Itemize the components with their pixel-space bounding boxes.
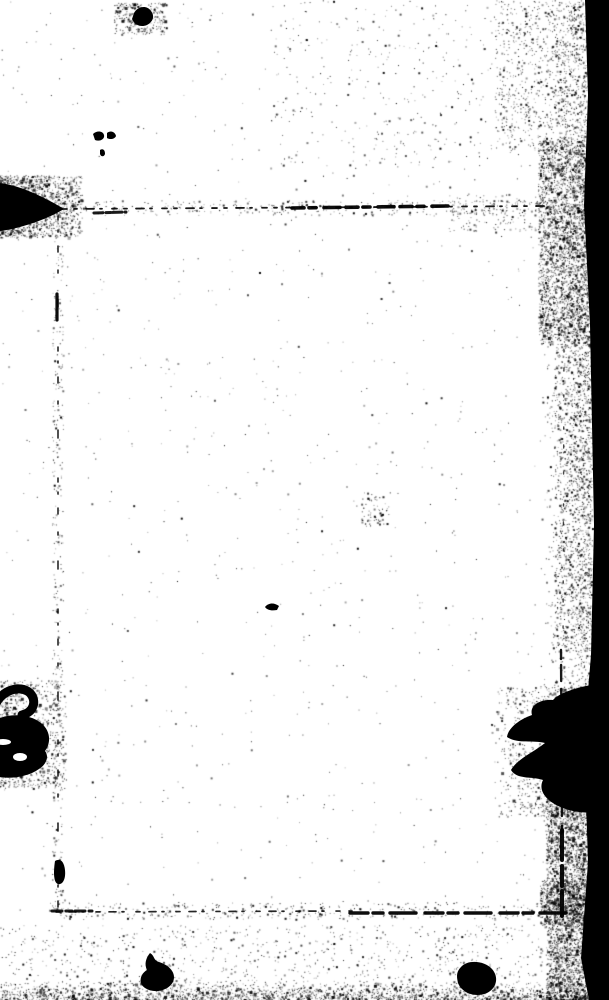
- ink-speck-small: [100, 149, 105, 156]
- ink-speck-pair-a: [93, 131, 104, 140]
- ink-speck-pair-b: [107, 132, 116, 139]
- ink-wedge-top-left: [0, 183, 64, 231]
- binding-shadow-strip: [581, 0, 609, 1000]
- ink-ring-arc-left: [0, 689, 34, 715]
- ink-ring-mass-left: [0, 715, 49, 777]
- scanned-blank-page: [0, 0, 609, 1000]
- frame-border-right-faint: [563, 350, 564, 648]
- ink-blotch-top: [132, 7, 153, 26]
- ink-chunk-left-line: [54, 860, 65, 884]
- paper-hole-in-ring: [13, 753, 27, 761]
- ink-blob-bottom-center: [457, 962, 496, 995]
- frame-border-top-chunk: [94, 212, 126, 213]
- frame-border-top-thick: [292, 206, 448, 208]
- scan-artifacts-layer: [0, 0, 609, 1000]
- ink-squiggle-middle: [265, 604, 279, 611]
- frame-border-bottom-thin: [56, 911, 352, 912]
- ink-blob-bottom-left: [141, 953, 174, 991]
- ink-blob-right-middle: [507, 682, 609, 813]
